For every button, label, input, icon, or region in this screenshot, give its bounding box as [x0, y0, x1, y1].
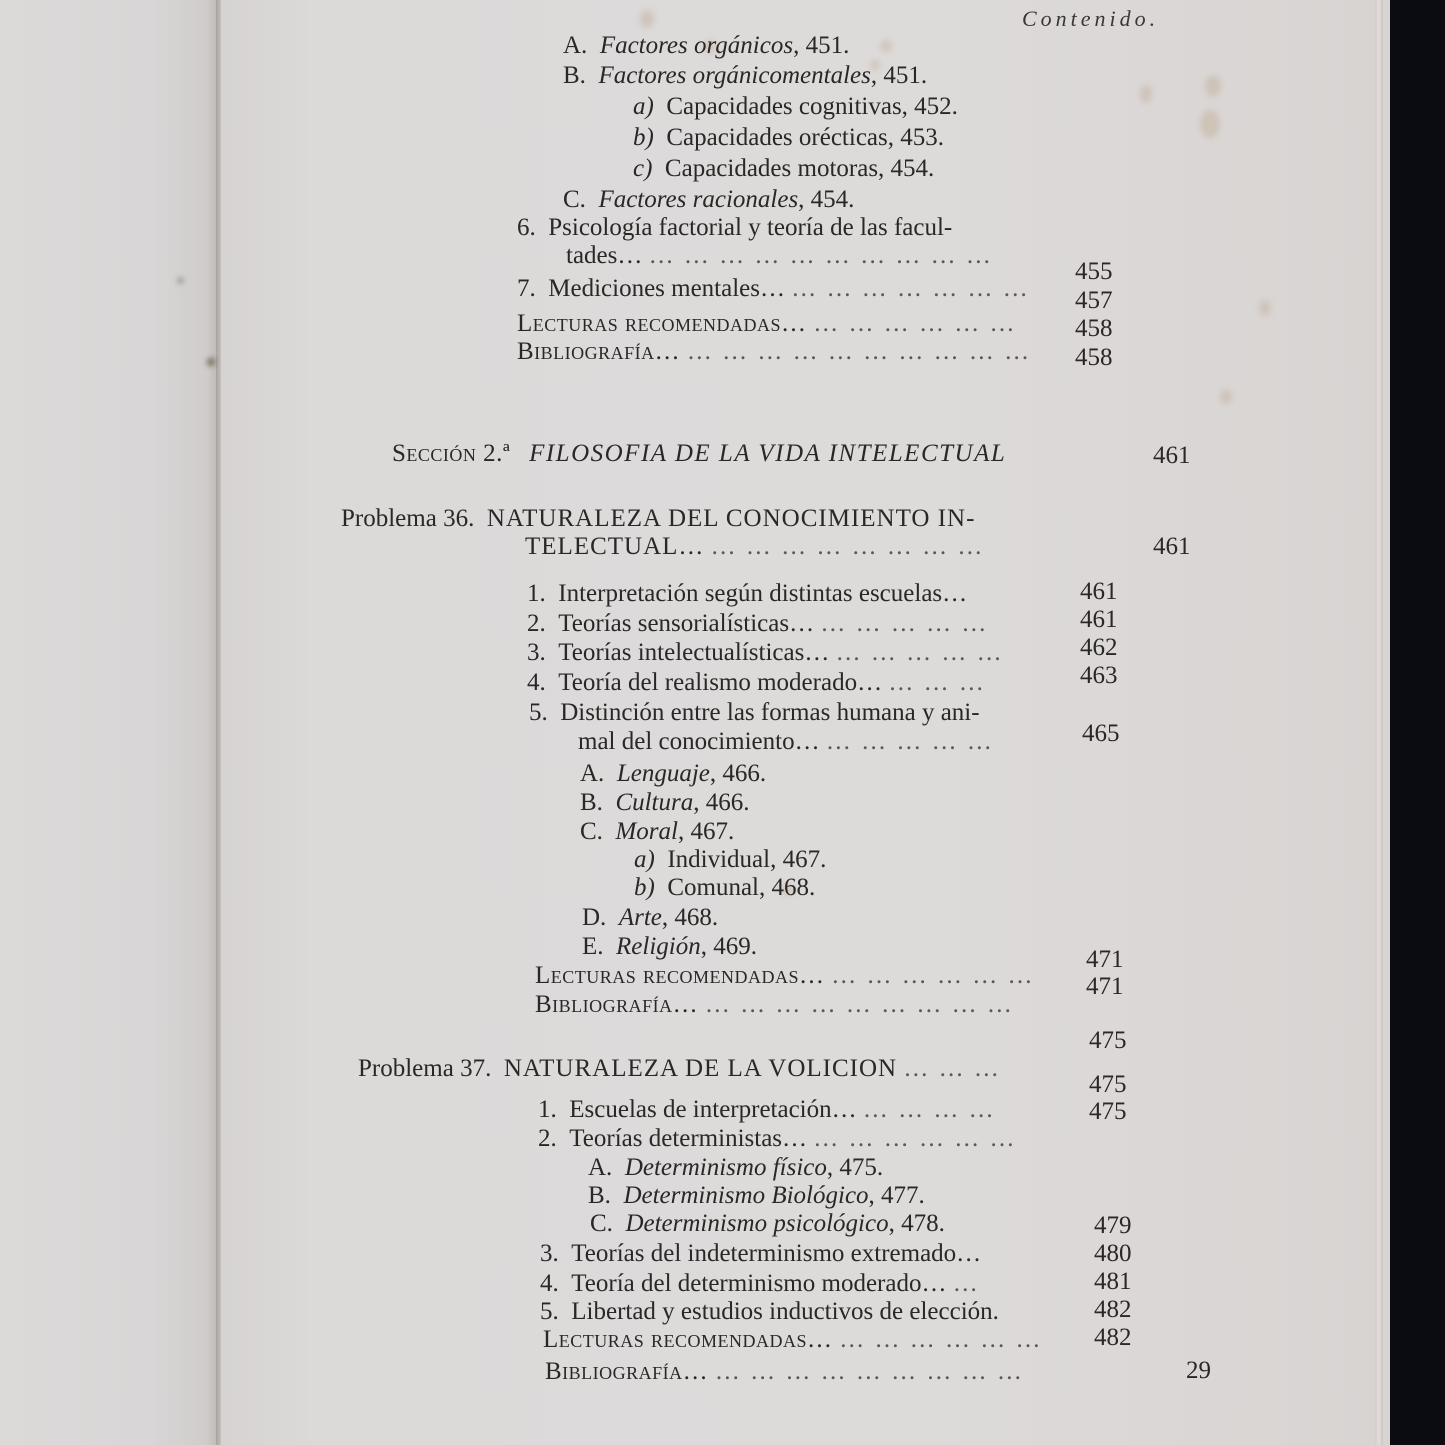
- page-ref: 482: [1094, 1324, 1132, 1352]
- page-ref: 471: [1086, 973, 1124, 1001]
- foxing-stain: [640, 10, 654, 28]
- foxing-stain: [1260, 300, 1270, 316]
- toc-entry: 2. Teorías deterministas… … … … … … …: [538, 1125, 1017, 1153]
- section-page-ref: 461: [1153, 442, 1191, 470]
- toc-subitem: B. Determinismo Biológico, 477.: [588, 1182, 925, 1210]
- toc-entry: 3. Teorías intelectualísticas… … … … … …: [527, 639, 1004, 667]
- toc-subitem: A. Determinismo físico, 475.: [588, 1154, 883, 1182]
- section-heading: Sección 2.ª FILOSOFIA DE LA VIDA INTELEC…: [392, 440, 1006, 468]
- problem-heading: Problema 36. NATURALEZA DEL CONOCIMIENTO…: [341, 505, 975, 533]
- problem-heading-continuation: TELECTUAL… … … … … … … … …: [525, 533, 984, 561]
- problem-heading: Problema 37. NATURALEZA DE LA VOLICION ……: [358, 1055, 1001, 1083]
- toc-subitem: E. Religión, 469.: [582, 933, 757, 961]
- page-ref: 461: [1080, 578, 1118, 606]
- toc-entry-continuation: tades… … … … … … … … … … …: [566, 242, 993, 270]
- page-ref: 462: [1080, 634, 1118, 662]
- binding-mark: [207, 358, 215, 366]
- toc-entry: 6. Psicología factorial y teoría de las …: [517, 214, 952, 242]
- toc-entry: 1. Escuelas de interpretación… … … … …: [538, 1096, 996, 1124]
- dark-background-edge: [1390, 0, 1445, 1445]
- foxing-stain: [1200, 110, 1220, 138]
- page-ref: 482: [1094, 1296, 1132, 1324]
- toc-subitem: c) Capacidades motoras, 454.: [633, 155, 934, 183]
- toc-subitem: C. Determinismo psicológico, 478.: [590, 1210, 945, 1238]
- toc-subitem: A. Factores orgánicos, 451.: [563, 32, 849, 60]
- page-ref: 463: [1080, 662, 1118, 690]
- page-ref: 458: [1075, 315, 1113, 343]
- toc-subitem: a) Individual, 467.: [634, 846, 826, 874]
- toc-subitem: C. Moral, 467.: [580, 818, 734, 846]
- toc-bibliography: Bibliografía… … … … … … … … … …: [535, 991, 1014, 1019]
- page-ref: 455: [1075, 258, 1113, 286]
- toc-subitem: b) Comunal, 468.: [634, 874, 815, 902]
- toc-entry: 2. Teorías sensorialísticas… … … … … …: [527, 610, 988, 638]
- toc-entry: 4. Teoría del realismo moderado… … … …: [527, 669, 986, 697]
- page-ref: 465: [1082, 720, 1120, 748]
- toc-entry: 7. Mediciones mentales… … … … … … … …: [517, 275, 1030, 303]
- page-ref: 458: [1075, 344, 1113, 372]
- problem-page-ref: 461: [1153, 533, 1191, 561]
- page-ref: 475: [1089, 1071, 1127, 1099]
- toc-entry: 4. Teoría del determinismo moderado… …: [540, 1270, 980, 1298]
- toc-bibliography: Bibliografía… … … … … … … … … … …: [517, 338, 1031, 366]
- problem-page-ref: 475: [1089, 1027, 1127, 1055]
- toc-subitem: a) Capacidades cognitivas, 452.: [633, 93, 958, 121]
- page-ref: 480: [1094, 1240, 1132, 1268]
- toc-entry: 3. Teorías del indeterminismo extremado…: [540, 1240, 981, 1268]
- foxing-stain: [880, 40, 892, 52]
- toc-subitem: B. Factores orgánicomentales, 451.: [563, 62, 927, 90]
- toc-entry-continuation: mal del conocimiento… … … … … …: [578, 728, 994, 756]
- dust-speck: [178, 278, 183, 283]
- toc-subitem: A. Lenguaje, 466.: [580, 760, 766, 788]
- toc-entry: 5. Libertad y estudios inductivos de ele…: [540, 1298, 999, 1326]
- toc-readings: Lecturas recomendadas… … … … … … …: [535, 962, 1035, 990]
- page-ref: 479: [1094, 1212, 1132, 1240]
- page-number: 29: [1186, 1357, 1211, 1385]
- page-ref: 481: [1094, 1268, 1132, 1296]
- left-page-blank: [0, 0, 218, 1445]
- page-edge: [1375, 0, 1383, 1445]
- toc-subitem: C. Factores racionales, 454.: [563, 186, 854, 214]
- toc-readings: Lecturas recomendadas… … … … … … …: [517, 310, 1017, 338]
- foxing-stain: [1220, 390, 1232, 404]
- page-ref: 457: [1075, 287, 1113, 315]
- page-ref: 461: [1080, 606, 1118, 634]
- toc-readings: Lecturas recomendadas… … … … … … …: [543, 1326, 1043, 1354]
- toc-subitem: b) Capacidades orécticas, 453.: [633, 124, 944, 152]
- toc-subitem: B. Cultura, 466.: [580, 789, 749, 817]
- foxing-stain: [1205, 75, 1221, 97]
- page-ref: 475: [1089, 1098, 1127, 1126]
- toc-subitem: D. Arte, 468.: [582, 904, 718, 932]
- page-ref: 471: [1086, 946, 1124, 974]
- toc-entry: 5. Distinción entre las formas humana y …: [529, 699, 980, 727]
- toc-entry: 1. Interpretación según distintas escuel…: [527, 580, 967, 608]
- toc-bibliography: Bibliografía… … … … … … … … … …: [545, 1358, 1024, 1386]
- foxing-stain: [1140, 85, 1152, 103]
- running-header: Contenido.: [1022, 6, 1159, 32]
